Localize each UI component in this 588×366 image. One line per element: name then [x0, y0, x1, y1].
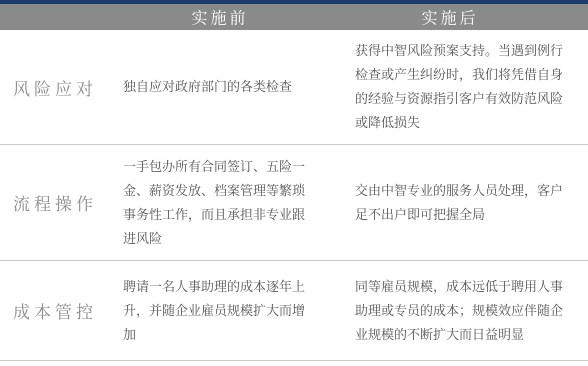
before-cell: 一手包办所有合同签订、五险一 金、薪资发放、档案管理等繁琐 事务性工作，而且承担… — [123, 155, 355, 251]
after-cell: 获得中智风险预案支持。当遇到例行 检查或产生纠纷时，我们将凭借自身 的经验与资源… — [355, 39, 588, 135]
before-cell: 聘请一名人事助理的成本逐年上 升，并随企业雇员规模扩大而增 加 — [123, 275, 355, 347]
row-label-process: 流程操作 — [0, 190, 123, 215]
before-cell: 独自应对政府部门的各类检查 — [123, 75, 355, 99]
row-label-cost: 成本管控 — [0, 298, 123, 323]
after-text: 获得中智风险预案支持。当遇到例行 检查或产生纠纷时，我们将凭借自身 的经验与资源… — [355, 39, 576, 135]
column-header-after: 实施后 — [421, 6, 478, 29]
before-text: 独自应对政府部门的各类检查 — [123, 75, 321, 99]
table-row: 流程操作 一手包办所有合同签订、五险一 金、薪资发放、档案管理等繁琐 事务性工作… — [0, 144, 588, 260]
table-row: 成本管控 聘请一名人事助理的成本逐年上 升，并随企业雇员规模扩大而增 加 同等雇… — [0, 260, 588, 361]
before-text: 聘请一名人事助理的成本逐年上 升，并随企业雇员规模扩大而增 加 — [123, 275, 321, 347]
after-text: 交由中智专业的服务人员处理，客户 足不出户即可把握全局 — [355, 179, 576, 227]
before-text: 一手包办所有合同签订、五险一 金、薪资发放、档案管理等繁琐 事务性工作，而且承担… — [123, 155, 321, 251]
row-label-risk: 风险应对 — [0, 75, 123, 100]
table-row: 风险应对 独自应对政府部门的各类检查 获得中智风险预案支持。当遇到例行 检查或产… — [0, 30, 588, 144]
comparison-table: 实施前 实施后 风险应对 独自应对政府部门的各类检查 获得中智风险预案支持。当遇… — [0, 0, 588, 366]
after-cell: 交由中智专业的服务人员处理，客户 足不出户即可把握全局 — [355, 179, 588, 227]
column-header-before: 实施前 — [191, 6, 248, 29]
after-text: 同等雇员规模，成本远低于聘用人事 助理或专员的成本；规模效应伴随企 业规模的不断… — [355, 275, 576, 347]
table-header-row: 实施前 实施后 — [0, 4, 588, 30]
after-cell: 同等雇员规模，成本远低于聘用人事 助理或专员的成本；规模效应伴随企 业规模的不断… — [355, 275, 588, 347]
